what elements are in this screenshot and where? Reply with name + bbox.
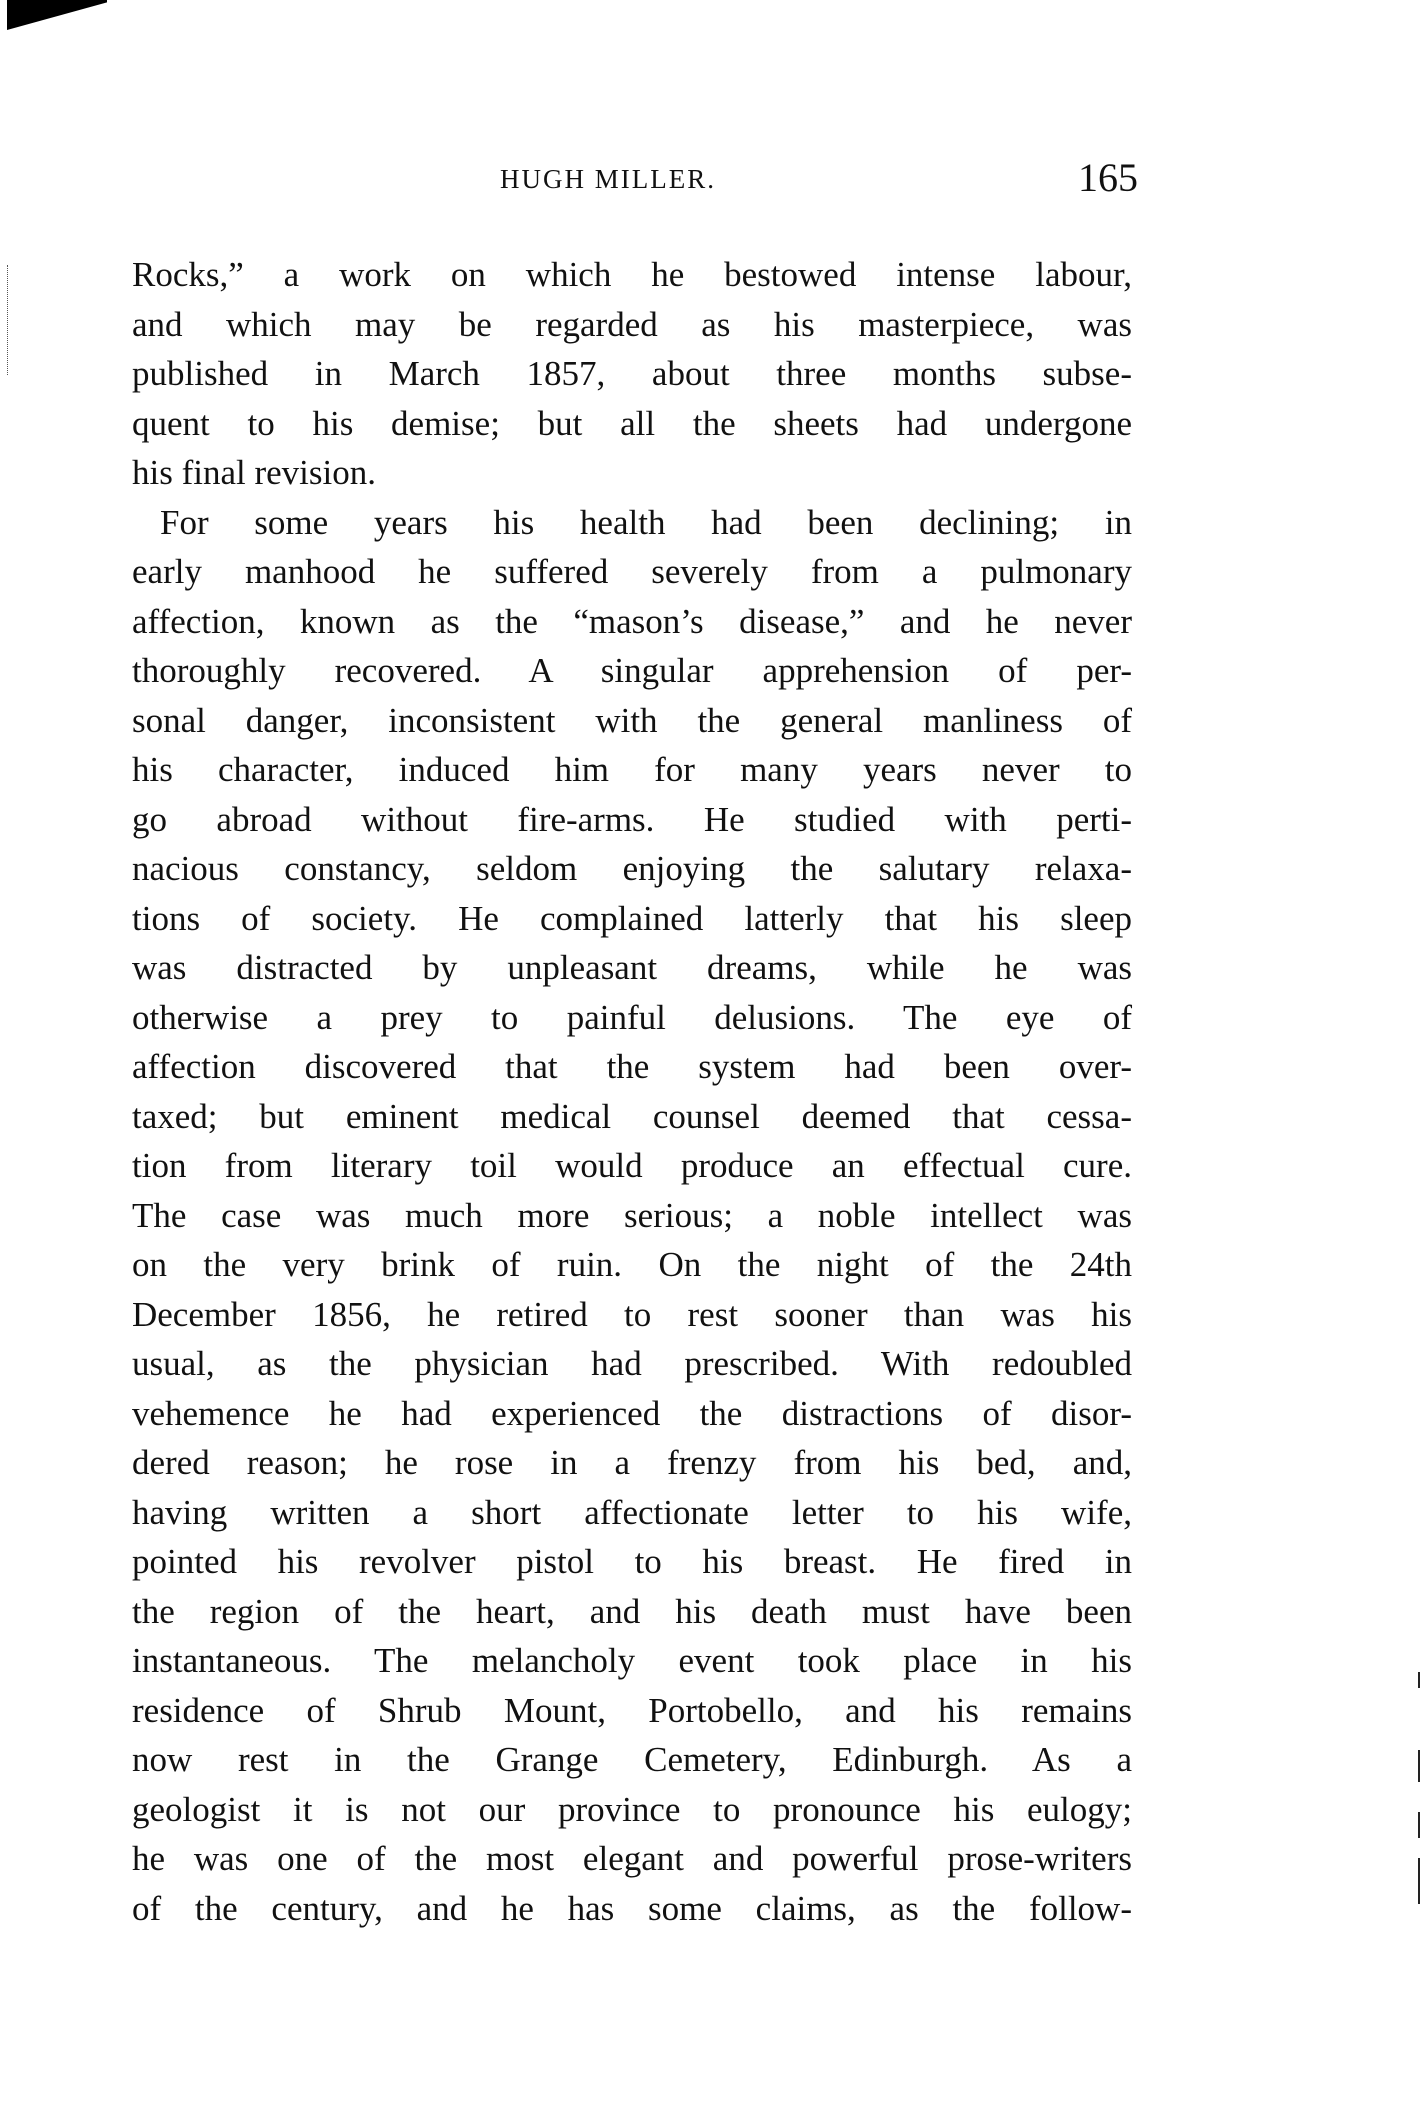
text-line: affection discovered that the system had… <box>132 1042 1132 1092</box>
text-line: was distracted by unpleasant dreams, whi… <box>132 943 1132 993</box>
text-line: his final revision. <box>132 448 1132 498</box>
body-text: Rocks,” a work on which he bestowed inte… <box>132 250 1132 1933</box>
text-line: geologist it is not our province to pron… <box>132 1785 1132 1835</box>
text-line: published in March 1857, about three mon… <box>132 349 1132 399</box>
text-line: sonal danger, inconsistent with the gene… <box>132 696 1132 746</box>
book-page: HUGH MILLER. 165 Rocks,” a work on which… <box>0 0 1421 2101</box>
text-line: pointed his revolver pistol to his breas… <box>132 1537 1132 1587</box>
text-line: quent to his demise; but all the sheets … <box>132 399 1132 449</box>
text-line: residence of Shrub Mount, Portobello, an… <box>132 1686 1132 1736</box>
text-line: vehemence he had experienced the distrac… <box>132 1389 1132 1439</box>
right-margin-scan-mark <box>1418 1858 1420 1904</box>
text-line: tion from literary toil would produce an… <box>132 1141 1132 1191</box>
text-line: early manhood he suffered severely from … <box>132 547 1132 597</box>
right-margin-scan-mark <box>1418 1812 1420 1838</box>
text-line: For some years his health had been decli… <box>132 498 1132 548</box>
text-line: thoroughly recovered. A singular apprehe… <box>132 646 1132 696</box>
text-line: usual, as the physician had prescribed. … <box>132 1339 1132 1389</box>
text-line: on the very brink of ruin. On the night … <box>132 1240 1132 1290</box>
text-line: now rest in the Grange Cemetery, Edinbur… <box>132 1735 1132 1785</box>
page-number: 165 <box>1068 156 1138 200</box>
text-line: and which may be regarded as his masterp… <box>132 300 1132 350</box>
running-head: HUGH MILLER. <box>500 163 760 195</box>
text-line: nacious constancy, seldom enjoying the s… <box>132 844 1132 894</box>
text-line: having written a short affectionate lett… <box>132 1488 1132 1538</box>
text-line: go abroad without fire-arms. He studied … <box>132 795 1132 845</box>
scan-corner-mark <box>7 0 107 30</box>
text-line: of the century, and he has some claims, … <box>132 1884 1132 1934</box>
text-line: Rocks,” a work on which he bestowed inte… <box>132 250 1132 300</box>
text-line: instantaneous. The melancholy event took… <box>132 1636 1132 1686</box>
text-line: dered reason; he rose in a frenzy from h… <box>132 1438 1132 1488</box>
text-line: his character, induced him for many year… <box>132 745 1132 795</box>
text-line: December 1856, he retired to rest sooner… <box>132 1290 1132 1340</box>
text-line: taxed; but eminent medical counsel deeme… <box>132 1092 1132 1142</box>
right-margin-scan-mark <box>1418 1750 1420 1782</box>
text-line: The case was much more serious; a noble … <box>132 1191 1132 1241</box>
left-margin-scan-mark <box>7 265 9 375</box>
text-line: tions of society. He complained latterly… <box>132 894 1132 944</box>
text-line: otherwise a prey to painful delusions. T… <box>132 993 1132 1043</box>
text-line: the region of the heart, and his death m… <box>132 1587 1132 1637</box>
text-line: he was one of the most elegant and power… <box>132 1834 1132 1884</box>
text-line: affection, known as the “mason’s disease… <box>132 597 1132 647</box>
right-margin-scan-mark <box>1418 1672 1420 1688</box>
